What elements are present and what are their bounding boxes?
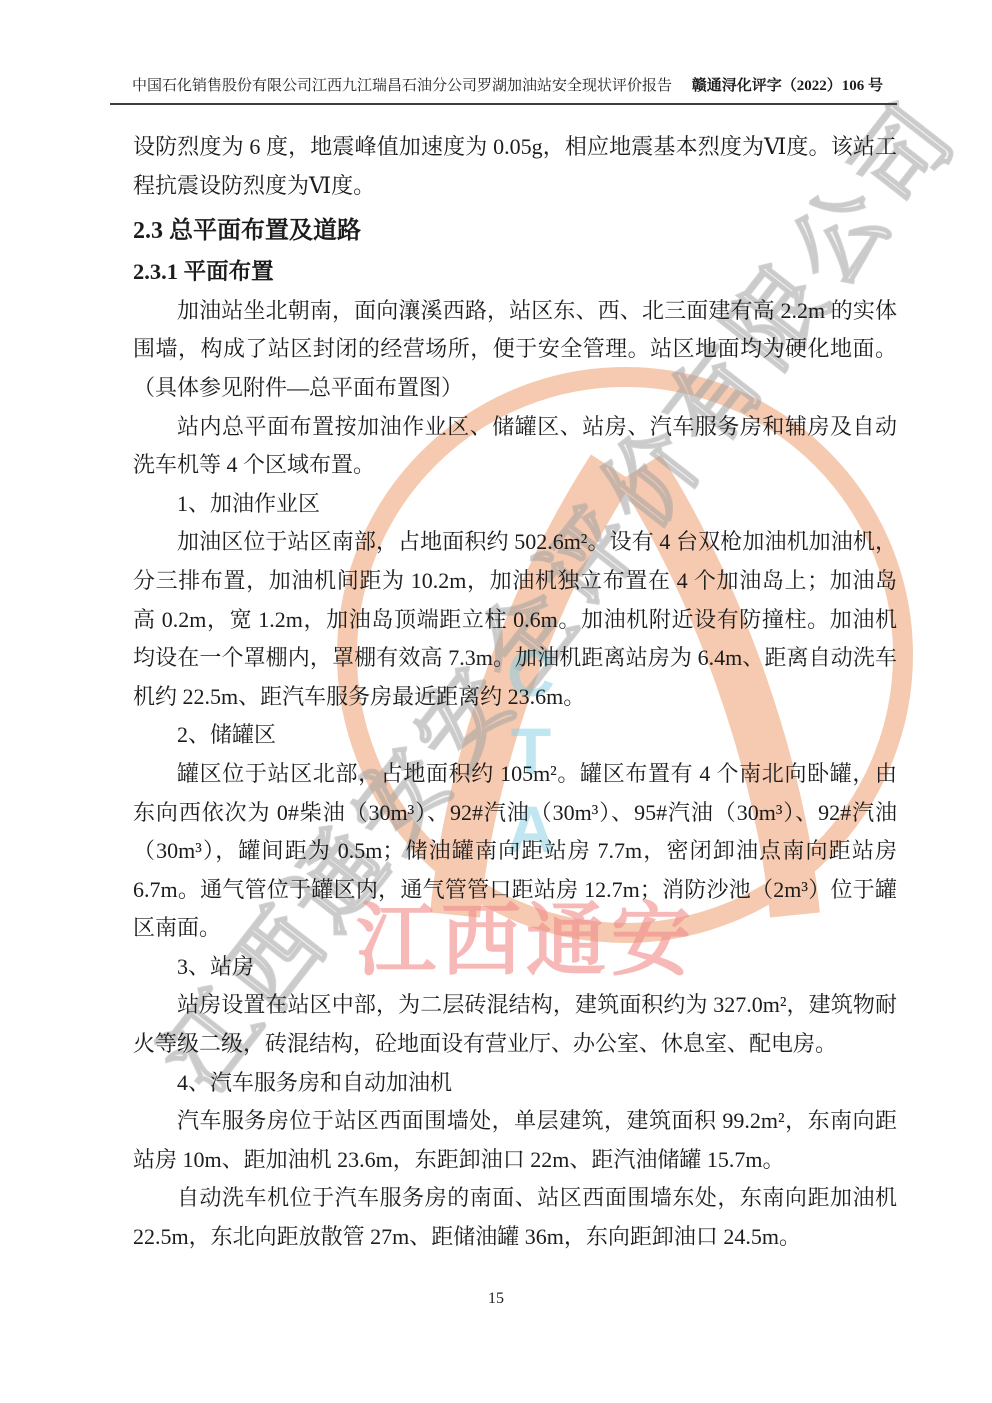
section-heading: 2.3 总平面布置及道路 [133,211,897,251]
page-number: 15 [0,1290,992,1308]
header-report-title: 中国石化销售股份有限公司江西九江瑞昌石油分公司罗湖加油站安全现状评价报告 [132,76,672,96]
paragraph-auto-washer: 自动洗车机位于汽车服务房的南面、站区西面围墙东处，东南向距加油机 22.5m，东… [133,1179,897,1256]
header-doc-number: 赣通浔化评字（2022）106 号 [692,76,883,96]
paragraph-service-house: 汽车服务房位于站区西面围墙处，单层建筑，建筑面积 99.2m²，东南向距站房 1… [133,1102,897,1179]
paragraph-station-house: 站房设置在站区中部，为二层砖混结构，建筑面积约为 327.0m²，建筑物耐火等级… [133,986,897,1063]
paragraph-zones-overview: 站内总平面布置按加油作业区、储罐区、站房、汽车服务房和辅房及自动洗车机等 4 个… [133,408,897,485]
list-item-fueling-area: 1、加油作业区 [133,485,897,524]
paragraph-fueling-area: 加油区位于站区南部，占地面积约 502.6m²。设有 4 台双枪加油机加油机，分… [133,523,897,716]
list-item-tank-area: 2、储罐区 [133,716,897,755]
document-body: 设防烈度为 6 度，地震峰值加速度为 0.05g，相应地震基本烈度为Ⅵ度。该站工… [133,128,897,1257]
page-header: 中国石化销售股份有限公司江西九江瑞昌石油分公司罗湖加油站安全现状评价报告 赣通浔… [110,76,897,105]
paragraph-tank-area: 罐区位于站区北部，占地面积约 105m²。罐区布置有 4 个南北向卧罐，由东向西… [133,755,897,948]
list-item-station-house: 3、站房 [133,948,897,987]
subsection-heading: 2.3.1 平面布置 [133,253,897,292]
list-item-service-house: 4、汽车服务房和自动加油机 [133,1064,897,1103]
page-content: 中国石化销售股份有限公司江西九江瑞昌石油分公司罗湖加油站安全现状评价报告 赣通浔… [0,0,992,1403]
paragraph-plane-layout: 加油站坐北朝南，面向瀼溪西路，站区东、西、北三面建有高 2.2m 的实体围墙，构… [133,292,897,408]
continued-paragraph: 设防烈度为 6 度，地震峰值加速度为 0.05g，相应地震基本烈度为Ⅵ度。该站工… [133,128,897,205]
document-page: 江西通安安全评价有限公司 CTA 江西通安 中国石化销售股份有限公司江西九江瑞昌… [0,0,992,1403]
